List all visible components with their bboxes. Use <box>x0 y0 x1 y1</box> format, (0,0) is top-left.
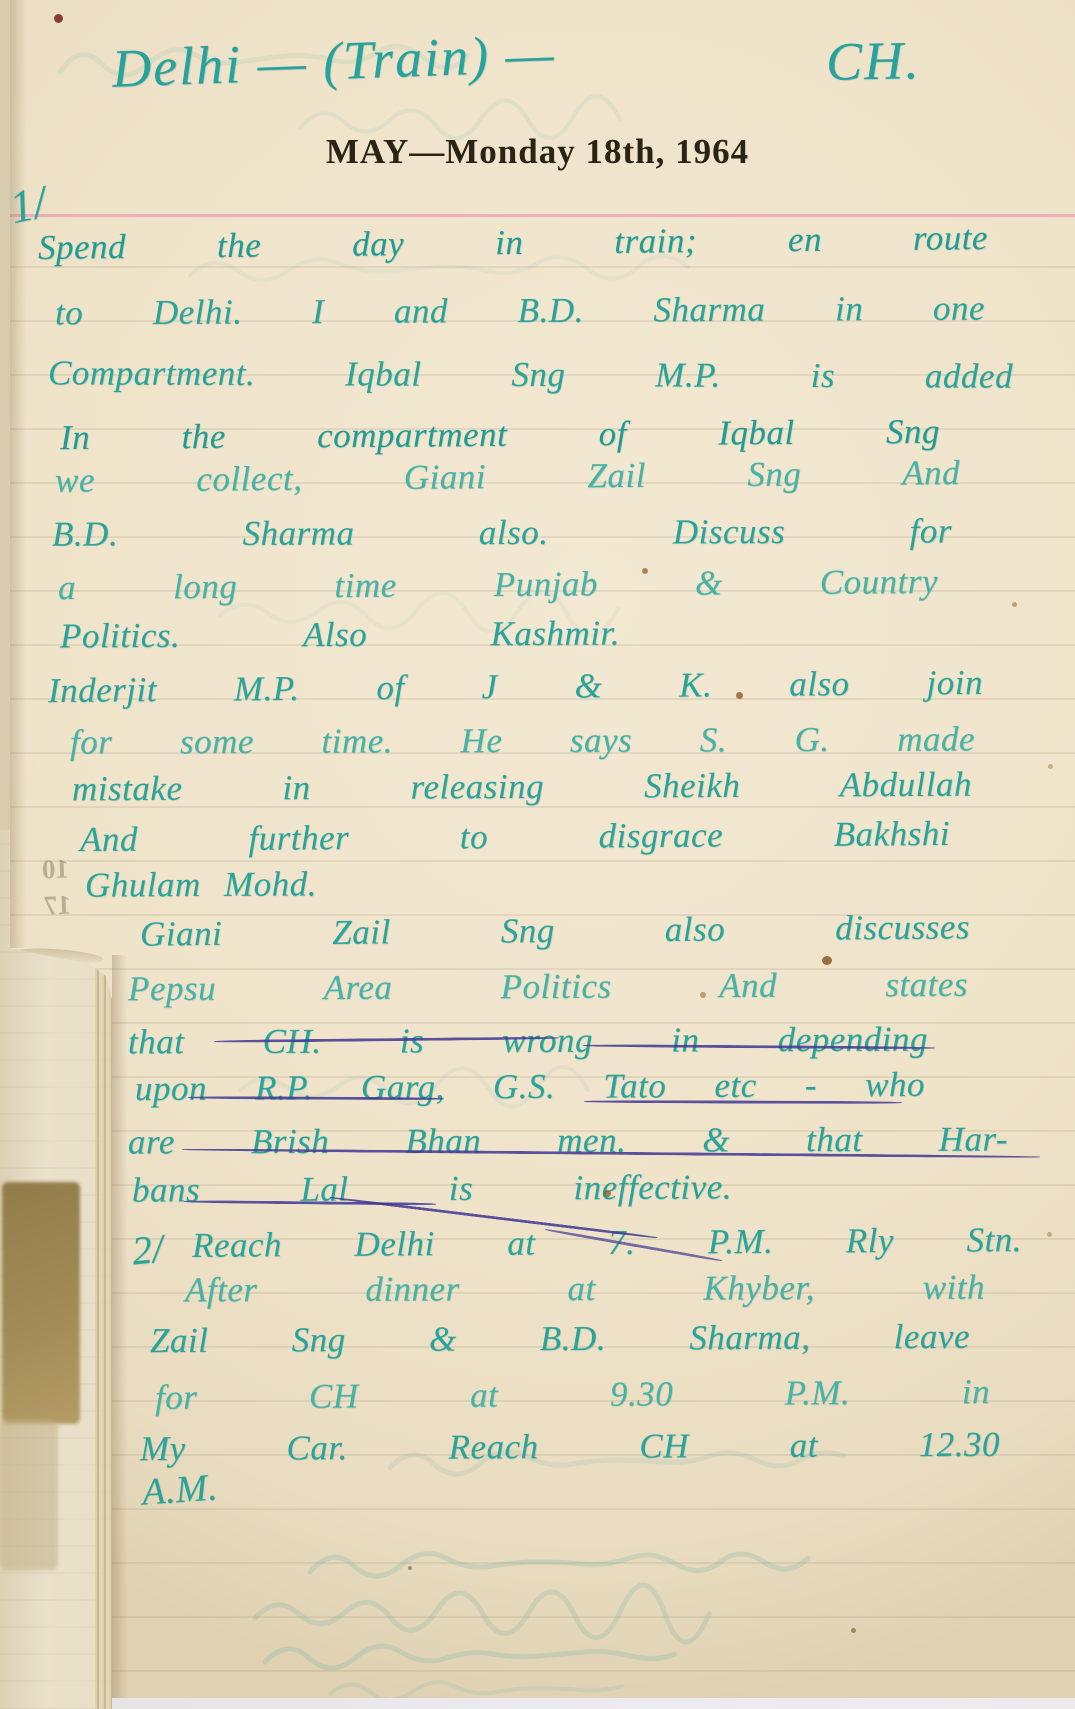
ghost-numeral-10: 10 <box>41 854 69 886</box>
foxing-spot <box>822 956 832 965</box>
handwritten-line: a long time Punjab & Country <box>58 563 938 608</box>
page-notch-edge <box>112 955 130 1709</box>
foxing-spot <box>1012 602 1017 607</box>
foxing-spot <box>1047 1232 1052 1237</box>
handwritten-line: to Delhi. I and B.D. Sharma in one <box>55 290 985 333</box>
handwritten-line: bans Lal is ineffective. <box>132 1168 732 1210</box>
foxing-spot <box>642 568 648 574</box>
handwritten-line: And further to disgrace Bakhshi <box>80 815 950 860</box>
handwritten-line: Reach Delhi at 7. P.M. Rly Stn. <box>192 1221 1022 1265</box>
printed-date-header: MAY—Monday 18th, 1964 <box>0 132 1075 172</box>
handwritten-line: for some time. He says S. G. made <box>70 720 975 762</box>
handwritten-line: for CH at 9.30 P.M. in <box>155 1373 990 1417</box>
handwritten-line: mistake in releasing Sheikh Abdullah <box>72 766 972 809</box>
pink-header-rule <box>8 214 1075 217</box>
handwritten-line: Inderjit M.P. of J & K. also join <box>48 664 983 711</box>
foxing-spot <box>408 1566 412 1570</box>
stain-large <box>2 1182 80 1424</box>
handwritten-line: Politics. Also Kashmir. <box>60 615 620 656</box>
foxing-spot <box>700 992 706 998</box>
handwritten-title-right: CH. <box>825 29 921 93</box>
scan-edge-strip <box>0 1698 1075 1709</box>
foxing-spot <box>736 692 743 699</box>
handwritten-line: Compartment. Iqbal Sng M.P. is added <box>48 354 1013 396</box>
handwritten-line: After dinner at Khyber, with <box>185 1269 985 1310</box>
handwritten-line: Pepsu Area Politics And states <box>128 966 968 1009</box>
foxing-spot <box>604 1190 611 1197</box>
foxing-spot <box>851 1628 856 1633</box>
stain-small <box>0 1420 58 1570</box>
ink-blot <box>54 14 63 23</box>
handwritten-line: In the compartment of Iqbal Sng <box>60 413 940 458</box>
ghost-numeral-17: 17 <box>43 890 71 922</box>
handwritten-line: Giani Zail Sng also discusses <box>140 908 970 954</box>
diary-scan: { "page": { "header_annotation_left": "D… <box>0 0 1075 1709</box>
handwritten-title-left: Delhi — (Train) — <box>111 22 556 99</box>
handwritten-line: My Car. Reach CH at 12.30 <box>140 1426 1000 1469</box>
handwritten-line: we collect, Giani Zail Sng And <box>55 454 960 500</box>
handwritten-line: A.M. <box>141 1467 220 1514</box>
margin-marker-2: 2/ <box>130 1225 166 1275</box>
foxing-spot <box>1048 764 1053 769</box>
handwritten-line: Ghulam Mohd. <box>85 865 317 905</box>
handwritten-line: Zail Sng & B.D. Sharma, leave <box>150 1318 970 1361</box>
diary-page: 10 17 Delhi — (Train) — CH. MAY—Monday 1… <box>0 0 1075 1709</box>
handwritten-line: B.D. Sharma also. Discuss for <box>52 512 952 554</box>
